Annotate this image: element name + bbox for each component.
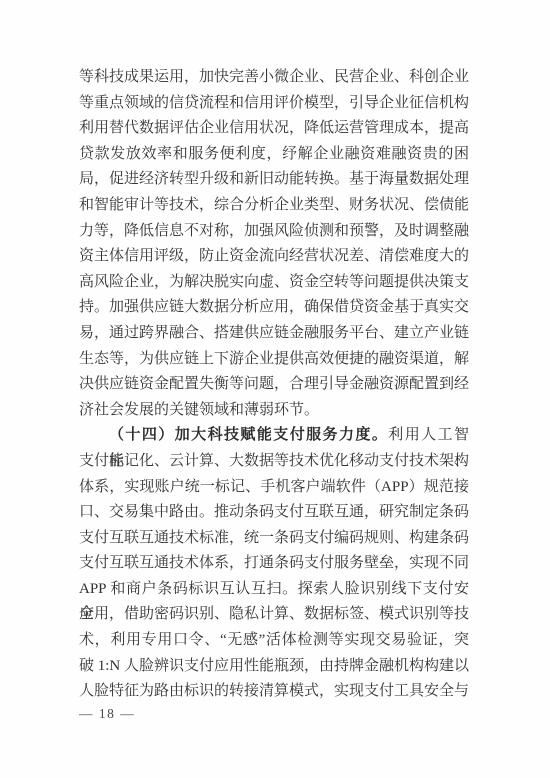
- document-body: 等科技成果运用，加快完善小微企业、民营企业、科创企业 等重点领域的信贷流程和信用…: [79, 65, 469, 705]
- text-line: 支付标记化、云计算、大数据等技术优化移动支付技术架构: [79, 449, 469, 475]
- text-line: 局，促进经济转型升级和新旧动能转换。基于海量数据处理: [79, 167, 469, 193]
- text-line: 高风险企业，为解决脱实向虚、资金空转等问题提供决策支: [79, 270, 469, 296]
- text-line: 利用替代数据评估企业信用状况，降低运营管理成本，提高: [79, 116, 469, 142]
- text-line: 易，通过跨界融合、搭建供应链金融服务平台、建立产业链: [79, 321, 469, 347]
- text-line: 体系，实现账户统一标记、手机客户端软件（APP）规范接: [79, 475, 469, 501]
- text-line: 决供应链资金配置失衡等问题，合理引导金融资源配置到经: [79, 372, 469, 398]
- text-line: 应用，借助密码识别、隐私计算、数据标签、模式识别等技: [79, 602, 469, 628]
- text-line: 术，利用专用口令、“无感”活体检测等实现交易验证，突: [79, 628, 469, 654]
- text-line: 等重点领域的信贷流程和信用评价模型，引导企业征信机构: [79, 91, 469, 117]
- text-line: 口、交易集中路由。推动条码支付互联互通，研究制定条码: [79, 500, 469, 526]
- text-line: 资主体信用评级，防止资金流向经营状况差、清偿难度大的: [79, 244, 469, 270]
- paragraph2-first-line: （十四）加大科技赋能支付服务力度。利用人工智能、: [79, 423, 469, 449]
- text-line: 力等，降低信息不对称，加强风险侦测和预警，及时调整融: [79, 219, 469, 245]
- text-line: 持。加强供应链大数据分析应用，确保借贷资金基于真实交: [79, 295, 469, 321]
- text-line: 人脸特征为路由标识的转接清算模式，实现支付工具安全与: [79, 679, 469, 705]
- text-line-paragraph-end: 济社会发展的关键领域和薄弱环节。: [79, 398, 469, 424]
- text-line: 破 1:N 人脸辨识支付应用性能瓶颈，由持牌金融机构构建以: [79, 654, 469, 680]
- text-line: 贷款发放效率和服务便利度，纾解企业融资难融资贵的困: [79, 142, 469, 168]
- text-line: 生态等，为供应链上下游企业提供高效便捷的融资渠道，解: [79, 347, 469, 373]
- text-line: 和智能审计等技术，综合分析企业类型、财务状况、偿债能: [79, 193, 469, 219]
- page-number: — 18 —: [79, 703, 135, 725]
- section-heading: （十四）加大科技赋能支付服务力度。: [109, 427, 388, 443]
- text-line: 等科技成果运用，加快完善小微企业、民营企业、科创企业: [79, 65, 469, 91]
- text-line: 支付互联互通技术体系，打通条码支付服务壁垒，实现不同: [79, 551, 469, 577]
- text-line: APP 和商户条码标识互认互扫。探索人脸识别线下支付安全: [79, 577, 469, 603]
- text-line: 支付互联互通技术标准，统一条码支付编码规则、构建条码: [79, 526, 469, 552]
- document-page: 等科技成果运用，加快完善小微企业、民营企业、科创企业 等重点领域的信贷流程和信用…: [0, 0, 550, 778]
